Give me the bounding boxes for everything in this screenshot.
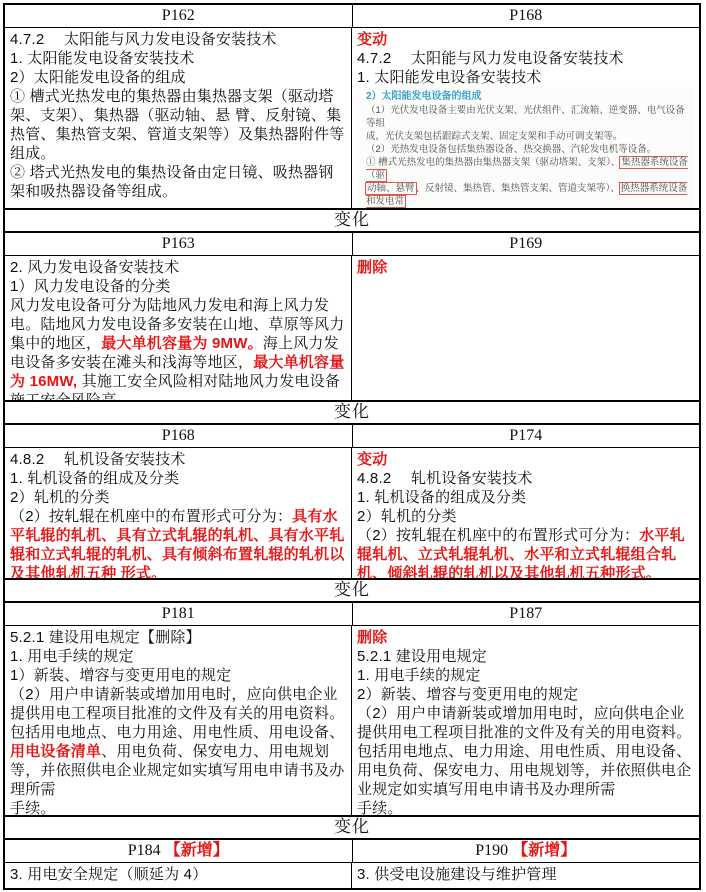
page-number-right: P187 [353, 603, 700, 625]
heading-line: 2. 风力发电设备安装技术 [10, 258, 346, 277]
section3-page-header-row: P168 P174 [5, 425, 699, 448]
new-tag: 【新增】 [165, 842, 229, 859]
text-line: 2）轧机的分类 [357, 507, 694, 526]
snippet-line: （1）光伏发电设备主要由光伏支架、光伏组件、汇流箱、逆变器、电气设备等组 [366, 104, 691, 130]
text-line: 1. 太阳能发电设备安装技术 [10, 49, 346, 68]
section1-left-cell: 4.7.2 太阳能与风力发电设备安装技术 1. 太阳能发电设备安装技术 2）太阳… [5, 28, 352, 208]
snippet-heading: 2）太阳能发电设备的组成 [366, 89, 691, 104]
text-line: 1. 轧机设备的组成及分类 [357, 488, 694, 507]
section5-right-cell: 3. 供受电设施建设与维护管理 [352, 863, 699, 888]
divider-row: 变化 [5, 208, 699, 233]
heading-line: 4.8.2 轧机设备安装技术 [10, 450, 346, 469]
text-line: 手续。 [357, 799, 694, 815]
divider-row: 变化 [5, 400, 699, 425]
change-tag: 删除 [357, 258, 694, 277]
paragraph: （2）用户申请新装或增加用电时，应向供电企业提供用电工程项目批准的文件及有关的用… [357, 704, 694, 799]
section4-left-cell: 5.2.1 建设用电规定【删除】 1. 用电手续的规定 1）新装、增容与变更用电… [5, 626, 352, 815]
page-number-left: P184 【新增】 [5, 840, 353, 862]
page-number-right: P174 [353, 425, 700, 447]
change-tag: 删除 [357, 628, 694, 647]
page-number: P184 [128, 842, 165, 859]
section3-left-cell: 4.8.2 轧机设备安装技术 1. 轧机设备的组成及分类 2）轧机的分类 （2）… [5, 448, 352, 578]
paragraph: （2）按轧辊在机座中的布置形式可分为：水平轧辊轧机、立式轧辊轧机、水平和立式轧辊… [357, 526, 694, 578]
text-segment: （2）用户申请新装或增加用电时，应向供电企业提供用电工程项目批准的文件及有关的用… [10, 686, 344, 741]
section5-left-cell: 3. 用电安全规定（顺延为 4） [5, 863, 352, 888]
snippet-text: ① 槽式光热发电的集热器由集热器支架（驱动塔架、支架）、 [366, 157, 620, 168]
paragraph: ② 塔式光热发电的集热设备由定日镜、吸热器钢架和吸热器设备等组成。 [10, 163, 346, 201]
section5-page-header-row: P184 【新增】 P190 【新增】 [5, 840, 699, 863]
heading-line: 4.7.2 太阳能与风力发电设备安装技术 [357, 49, 694, 68]
text-line: 1. 用电手续的规定 [10, 647, 346, 666]
change-tag: 变动 [357, 450, 694, 469]
text-segment: （2）按轧辊在机座中的布置形式可分为： [10, 508, 292, 525]
change-tag: 变动 [357, 30, 694, 49]
text-line: 1）风力发电设备的分类 [10, 277, 346, 296]
section1-right-cell: 变动 4.7.2 太阳能与风力发电设备安装技术 1. 太阳能发电设备安装技术 2… [352, 28, 699, 208]
paragraph: （2）按轧辊在机座中的布置形式可分为：具有水平轧辊的轧机、具有立式轧辊的轧机、具… [10, 507, 346, 578]
section2-content-row: 2. 风力发电设备安装技术 1）风力发电设备的分类 风力发电设备可分为陆地风力发… [5, 256, 699, 400]
page-number-left: P163 [5, 233, 353, 255]
red-box-annotation: 动轴、悬臂 [366, 183, 416, 194]
new-tag: 【新增】 [512, 842, 576, 859]
page-number-left: P162 [5, 5, 353, 27]
text-line: 3. 供受电设施建设与维护管理 [357, 865, 694, 884]
section1-content-row: 4.7.2 太阳能与风力发电设备安装技术 1. 太阳能发电设备安装技术 2）太阳… [5, 28, 699, 208]
heading-line: 4.8.2 轧机设备安装技术 [357, 469, 694, 488]
snippet-line: ① 槽式光热发电的集热器由集热器支架（驱动塔架、支架）、集热器系统设备（驱 [366, 156, 691, 182]
snippet-text: 、反射镜、集热管、集热管支架、管道支架等）、 [416, 183, 620, 194]
paragraph: 风力发电设备可分为陆地风力发电和海上风力发电。陆地风力发电设备多安装在山地、草原… [10, 296, 346, 400]
red-emphasis: 用电设备清单 [10, 743, 101, 760]
page-number-right: P169 [353, 233, 700, 255]
snippet-line: （2）光热发电设备包括集热器设备、热交换器、汽轮发电机等设备。 [366, 143, 691, 156]
divider-row: 变化 [5, 578, 699, 603]
snippet-line: 成，光伏支架包括跟踪式支架、固定支架和手动可调支架等。 [366, 130, 691, 143]
text-line: 2）轧机的分类 [10, 488, 346, 507]
page-number-left: P168 [5, 425, 353, 447]
heading-line: 5.2.1 建设用电规定【删除】 [10, 628, 346, 647]
text-line: 1. 用电手续的规定 [357, 666, 694, 685]
paragraph: ① 槽式光热发电的集热器由集热器支架（驱动塔架、支架）、集热器（驱动轴、悬 臂、… [10, 87, 346, 163]
revision-comparison-table: P162 P168 4.7.2 太阳能与风力发电设备安装技术 1. 太阳能发电设… [3, 3, 701, 890]
section2-right-cell: 删除 [352, 256, 699, 400]
snippet-line: 动轴、悬臂、反射镜、集热管、集热管支架、管道支架等）、换热器系统设备和发电常 [366, 182, 691, 208]
text-line: 2）新装、增容与变更用电的规定 [357, 685, 694, 704]
text-line: 1）新装、增容与变更用电的规定 [10, 666, 346, 685]
section5-content-row: 3. 用电安全规定（顺延为 4） 3. 供受电设施建设与维护管理 [5, 863, 699, 888]
page-number-right: P190 【新增】 [353, 840, 700, 862]
text-segment: （2）按轧辊在机座中的布置形式可分为： [357, 527, 639, 544]
heading-line: 4.7.2 太阳能与风力发电设备安装技术 [10, 30, 346, 49]
page-number: P190 [475, 842, 512, 859]
section4-content-row: 5.2.1 建设用电规定【删除】 1. 用电手续的规定 1）新装、增容与变更用电… [5, 626, 699, 815]
textbook-screenshot-snippet: 2）太阳能发电设备的组成 （1）光伏发电设备主要由光伏支架、光伏组件、汇流箱、逆… [357, 87, 694, 208]
section3-content-row: 4.8.2 轧机设备安装技术 1. 轧机设备的组成及分类 2）轧机的分类 （2）… [5, 448, 699, 578]
page-number-right: P168 [353, 5, 700, 27]
section4-right-cell: 删除 5.2.1 建设用电规定 1. 用电手续的规定 2）新装、增容与变更用电的… [352, 626, 699, 815]
heading-line: 5.2.1 建设用电规定 [357, 647, 694, 666]
section2-left-cell: 2. 风力发电设备安装技术 1）风力发电设备的分类 风力发电设备可分为陆地风力发… [5, 256, 352, 400]
paragraph: （2）用户申请新装或增加用电时，应向供电企业提供用电工程项目批准的文件及有关的用… [10, 685, 346, 799]
section2-page-header-row: P163 P169 [5, 233, 699, 256]
section1-page-header-row: P162 P168 [5, 5, 699, 28]
divider-row: 变化 [5, 815, 699, 840]
red-emphasis: 最大单机容量为 9MW。 [101, 335, 263, 352]
page-number-left: P181 [5, 603, 353, 625]
text-line: 1. 太阳能发电设备安装技术 [357, 68, 694, 87]
text-line: 1. 轧机设备的组成及分类 [10, 469, 346, 488]
section4-page-header-row: P181 P187 [5, 603, 699, 626]
section3-right-cell: 变动 4.8.2 轧机设备安装技术 1. 轧机设备的组成及分类 2）轧机的分类 … [352, 448, 699, 578]
text-line: 2）太阳能发电设备的组成 [10, 68, 346, 87]
text-line: 3. 用电安全规定（顺延为 4） [10, 865, 346, 884]
text-line: 手续。 [10, 799, 346, 815]
